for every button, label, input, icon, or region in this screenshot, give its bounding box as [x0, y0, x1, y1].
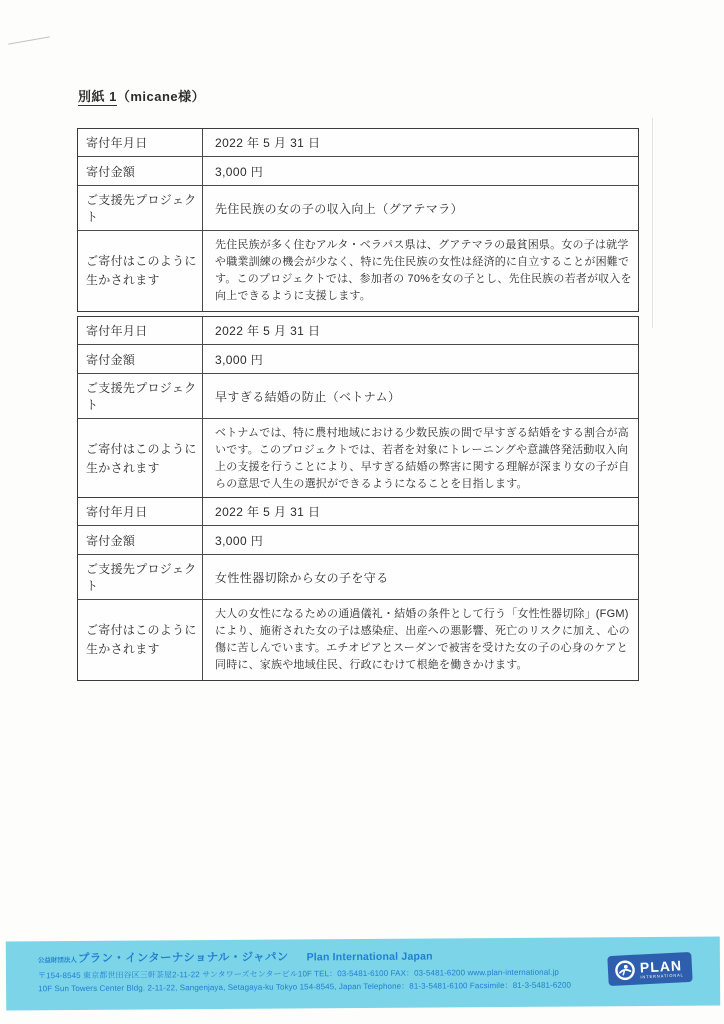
row-label: ご寄付はこのように生かされます: [78, 231, 203, 311]
footer-address-english: 10F Sun Towers Center Bldg. 2-11-22, San…: [38, 980, 571, 995]
donation-date-value: 2022 年 5 月 31 日: [203, 129, 638, 156]
row-label: ご支援先プロジェクト: [78, 555, 203, 599]
table-row-donation-date: 寄付年月日 2022 年 5 月 31 日: [78, 129, 638, 157]
table-row-project: ご支援先プロジェクト 早すぎる結婚の防止（ベトナム）: [78, 374, 638, 419]
project-description-value: 大人の女性になるための通過儀礼・結婚の条件として行う「女性性器切除」(FGM)に…: [203, 600, 638, 680]
scan-crease-line: [652, 118, 653, 328]
row-label: 寄付年月日: [78, 317, 203, 344]
plan-logo-subtext: INTERNATIONAL: [640, 973, 684, 979]
footer-band: 公益財団法人 プラン・インターナショナル・ジャパン Plan Internati…: [6, 937, 720, 1011]
donation-amount-value: 3,000 円: [203, 157, 638, 185]
scan-artifact-line: [8, 36, 50, 44]
table-row-description: ご寄付はこのように生かされます 大人の女性になるための通過儀礼・結婚の条件として…: [78, 600, 638, 680]
project-name-value: 先住民族の女の子の収入向上（グアテマラ）: [203, 186, 638, 230]
org-legal-prefix: 公益財団法人: [38, 955, 77, 964]
row-label: ご支援先プロジェクト: [78, 186, 203, 230]
donation-table-3: 寄付年月日 2022 年 5 月 31 日 寄付金額 3,000 円 ご支援先プ…: [77, 497, 639, 681]
table-row-project: ご支援先プロジェクト 先住民族の女の子の収入向上（グアテマラ）: [78, 186, 638, 231]
table-row-donation-date: 寄付年月日 2022 年 5 月 31 日: [78, 317, 638, 345]
table-row-donation-amount: 寄付金額 3,000 円: [78, 526, 638, 555]
row-label: 寄付年月日: [78, 129, 203, 156]
page-title-recipient: （micane様）: [117, 89, 205, 104]
project-name-value: 早すぎる結婚の防止（ベトナム）: [203, 374, 638, 418]
row-label: 寄付金額: [78, 157, 203, 185]
org-name-english: Plan International Japan: [307, 951, 433, 964]
plan-logo-child-icon: [613, 959, 636, 982]
scanned-document-page: 別紙 1（micane様） 寄付年月日 2022 年 5 月 31 日 寄付金額…: [0, 0, 724, 1024]
row-label: ご支援先プロジェクト: [78, 374, 203, 418]
page-title-number: 別紙 1: [78, 89, 117, 106]
row-label: 寄付金額: [78, 526, 203, 554]
project-name-value: 女性性器切除から女の子を守る: [203, 555, 638, 599]
donation-table-2: 寄付年月日 2022 年 5 月 31 日 寄付金額 3,000 円 ご支援先プ…: [77, 316, 639, 500]
project-description-value: 先住民族が多く住むアルタ・ベラパス県は、グアテマラの最貧困県。女の子は就学や職業…: [203, 231, 638, 311]
plan-logo-text: PLAN: [640, 958, 684, 974]
table-row-donation-date: 寄付年月日 2022 年 5 月 31 日: [78, 498, 638, 526]
row-label: 寄付金額: [78, 345, 203, 373]
table-row-description: ご寄付はこのように生かされます ベトナムでは、特に農村地域における少数民族の間で…: [78, 419, 638, 499]
plan-international-logo: PLAN INTERNATIONAL: [607, 952, 692, 986]
table-row-donation-amount: 寄付金額 3,000 円: [78, 157, 638, 186]
row-label: ご寄付はこのように生かされます: [78, 419, 203, 499]
donation-date-value: 2022 年 5 月 31 日: [203, 317, 638, 344]
table-row-description: ご寄付はこのように生かされます 先住民族が多く住むアルタ・ベラパス県は、グアテマ…: [78, 231, 638, 311]
org-name-japanese: プラン・インターナショナル・ジャパン: [78, 949, 289, 966]
table-row-project: ご支援先プロジェクト 女性性器切除から女の子を守る: [78, 555, 638, 600]
donation-date-value: 2022 年 5 月 31 日: [203, 498, 638, 525]
donation-amount-value: 3,000 円: [203, 345, 638, 373]
project-description-value: ベトナムでは、特に農村地域における少数民族の間で早すぎる結婚をする割合が高いです…: [203, 419, 638, 499]
donation-amount-value: 3,000 円: [203, 526, 638, 554]
footer-address-japanese: 〒154-8545 東京都世田谷区三軒茶屋2-11-22 サンタワーズセンタービ…: [38, 967, 571, 982]
table-row-donation-amount: 寄付金額 3,000 円: [78, 345, 638, 374]
donation-table-1: 寄付年月日 2022 年 5 月 31 日 寄付金額 3,000 円 ご支援先プ…: [77, 128, 639, 312]
row-label: ご寄付はこのように生かされます: [78, 600, 203, 680]
footer-org-line: 公益財団法人 プラン・インターナショナル・ジャパン Plan Internati…: [38, 947, 571, 967]
page-title: 別紙 1（micane様）: [78, 86, 205, 105]
footer-org-info: 公益財団法人 プラン・インターナショナル・ジャパン Plan Internati…: [38, 947, 571, 995]
row-label: 寄付年月日: [78, 498, 203, 525]
plan-logo-wordmark: PLAN INTERNATIONAL: [640, 958, 684, 979]
